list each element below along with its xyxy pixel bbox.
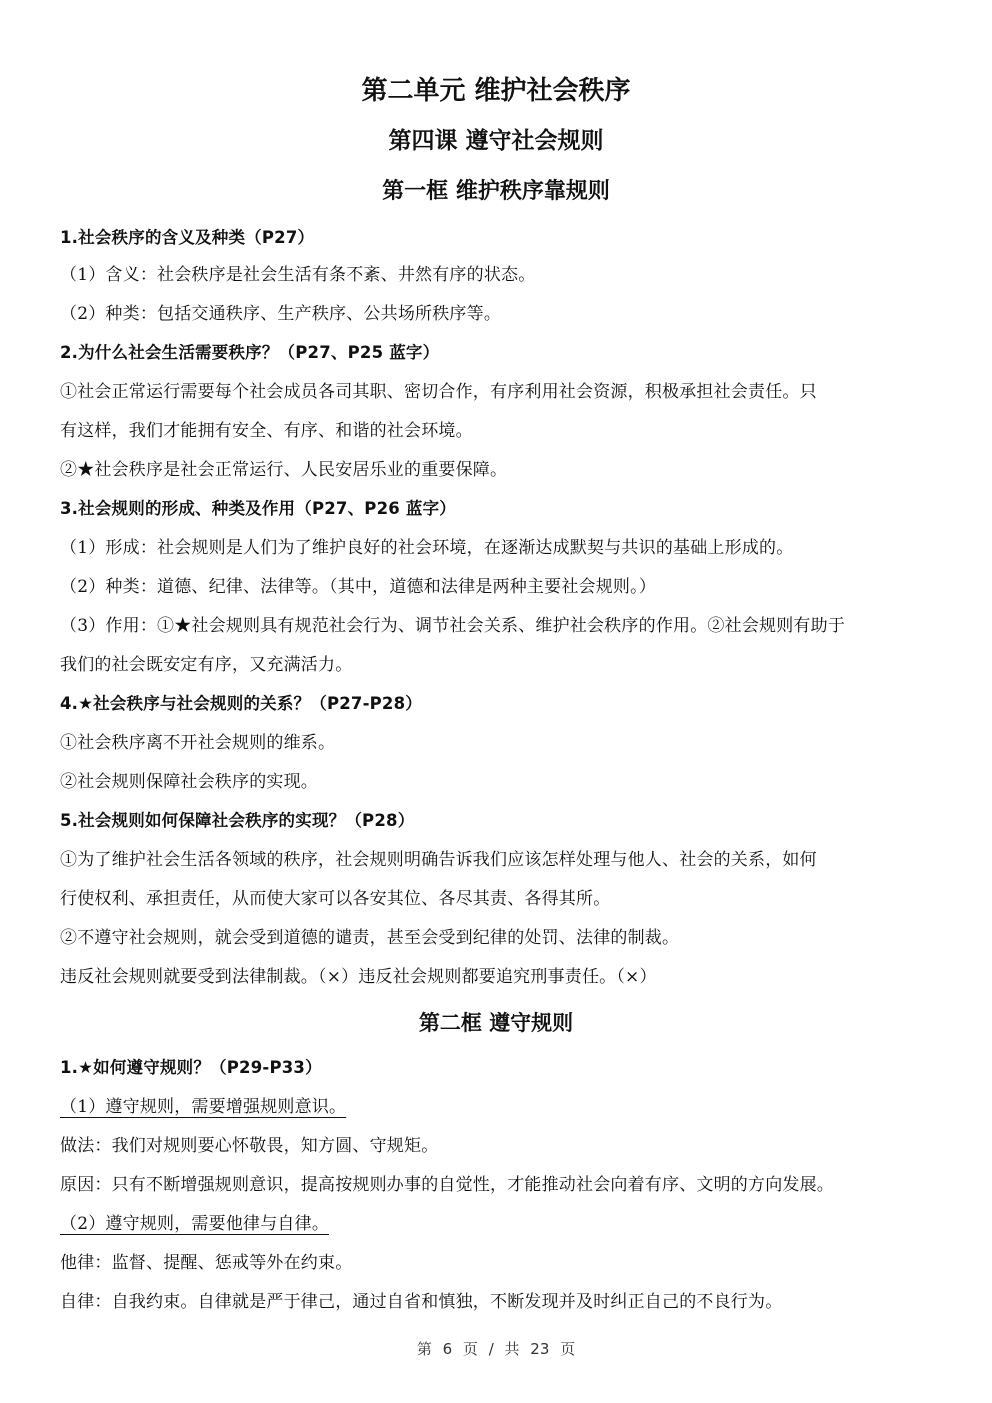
heading-2: 2.为什么社会生活需要秩序？（P27、P25 蓝字） xyxy=(60,342,940,364)
underlined-subheading: （1）遵守规则，需要增强规则意识。 xyxy=(60,1096,940,1118)
paragraph-line: 他律：监督、提醒、惩戒等外在约束。 xyxy=(60,1252,940,1274)
paragraph-line: （3）作用：①★社会规则具有规范社会行为、调节社会关系、维护社会秩序的作用。②社… xyxy=(60,615,940,637)
heading-3: 3.社会规则的形成、种类及作用（P27、P26 蓝字） xyxy=(60,498,940,520)
paragraph-line: （2）种类：包括交通秩序、生产秩序、公共场所秩序等。 xyxy=(60,303,940,325)
paragraph-line: 自律：自我约束。自律就是严于律己，通过自省和慎独，不断发现并及时纠正自己的不良行… xyxy=(60,1291,940,1313)
paragraph-line: 做法：我们对规则要心怀敬畏，知方圆、守规矩。 xyxy=(60,1135,940,1157)
unit-title: 第二单元 维护社会秩序 xyxy=(0,70,992,107)
heading-1: 1.社会秩序的含义及种类（P27） xyxy=(60,227,940,249)
paragraph-line: ②不遵守社会规则，就会受到道德的谴责，甚至会受到纪律的处罚、法律的制裁。 xyxy=(60,927,940,949)
section-2-title: 第二框 遵守规则 xyxy=(0,1007,992,1037)
paragraph-line: ①为了维护社会生活各领域的秩序，社会规则明确告诉我们应该怎样处理与他人、社会的关… xyxy=(60,849,940,871)
heading-6: 1.★如何遵守规则？（P29-P33） xyxy=(60,1057,940,1079)
paragraph-line: ②★社会秩序是社会正常运行、人民安居乐业的重要保障。 xyxy=(60,459,940,481)
underlined-subheading: （2）遵守规则，需要他律与自律。 xyxy=(60,1213,940,1235)
page-number-footer: 第 6 页 / 共 23 页 xyxy=(0,1338,992,1359)
heading-4: 4.★社会秩序与社会规则的关系？（P27-P28） xyxy=(60,693,940,715)
paragraph-line: （1）形成：社会规则是人们为了维护良好的社会环境，在逐渐达成默契与共识的基础上形… xyxy=(60,537,940,559)
document-page: 第二单元 维护社会秩序 第四课 遵守社会规则 第一框 维护秩序靠规则 1.社会秩… xyxy=(0,0,992,1403)
paragraph-line: 我们的社会既安定有序，又充满活力。 xyxy=(60,654,940,676)
paragraph-line: ①社会秩序离不开社会规则的维系。 xyxy=(60,732,940,754)
paragraph-line: ①社会正常运行需要每个社会成员各司其职、密切合作，有序利用社会资源，积极承担社会… xyxy=(60,381,940,403)
heading-5: 5.社会规则如何保障社会秩序的实现？（P28） xyxy=(60,810,940,832)
paragraph-line: ②社会规则保障社会秩序的实现。 xyxy=(60,771,940,793)
paragraph-line: （2）种类：道德、纪律、法律等。（其中，道德和法律是两种主要社会规则。） xyxy=(60,576,940,598)
paragraph-line: （1）含义：社会秩序是社会生活有条不紊、井然有序的状态。 xyxy=(60,264,940,286)
paragraph-line: 原因：只有不断增强规则意识，提高按规则办事的自觉性，才能推动社会向着有序、文明的… xyxy=(60,1174,940,1196)
section-1-title: 第一框 维护秩序靠规则 xyxy=(0,174,992,205)
paragraph-line: 行使权利、承担责任，从而使大家可以各安其位、各尽其责、各得其所。 xyxy=(60,888,940,910)
paragraph-line: 违反社会规则就要受到法律制裁。（×）违反社会规则都要追究刑事责任。（×） xyxy=(60,966,940,988)
paragraph-line: 有这样，我们才能拥有安全、有序、和谐的社会环境。 xyxy=(60,420,940,442)
lesson-title: 第四课 遵守社会规则 xyxy=(0,122,992,155)
